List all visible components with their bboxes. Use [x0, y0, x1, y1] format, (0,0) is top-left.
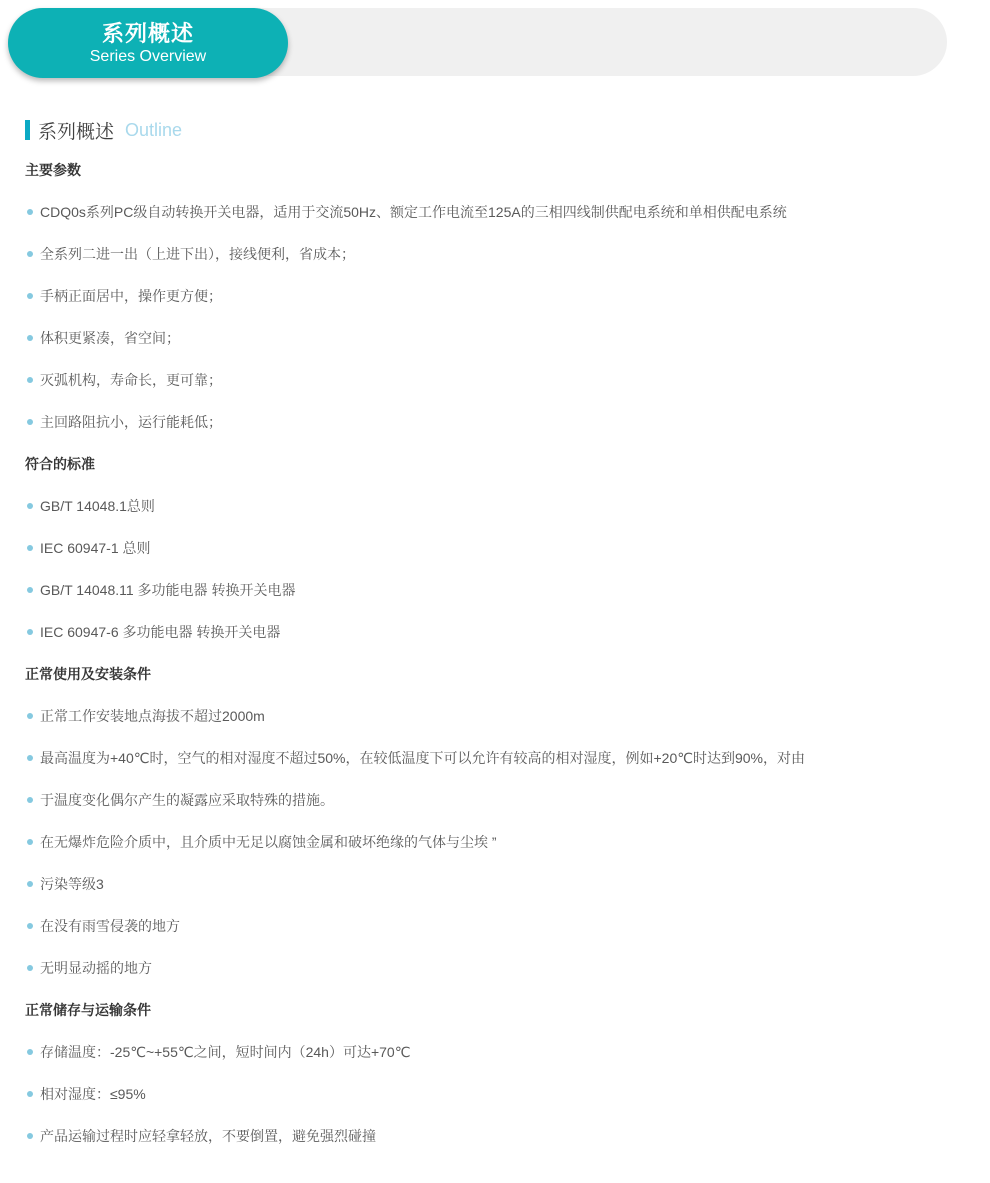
series-overview-tab-title-zh: 系列概述: [102, 21, 194, 47]
list-item: 于温度变化偶尔产生的凝露应采取特殊的措施。: [25, 779, 990, 821]
bullet-dot-icon: [27, 965, 33, 971]
section-heading: 正常储存与运输条件: [25, 989, 990, 1031]
list-item-text: 最高温度为+40℃时，空气的相对湿度不超过50%，在较低温度下可以允许有较高的相…: [40, 748, 805, 768]
list-item: 相对湿度：≤95%: [25, 1073, 990, 1115]
list-item: 手柄正面居中，操作更方便；: [25, 275, 990, 317]
list-item-text: 正常工作安装地点海拔不超过2000m: [40, 706, 265, 726]
list-item: 存储温度：-25℃~+55℃之间，短时间内（24h）可达+70℃: [25, 1031, 990, 1073]
list-item: GB/T 14048.11 多功能电器 转换开关电器: [25, 569, 990, 611]
list-item-text: CDQ0s系列PC级自动转换开关电器，适用于交流50Hz、额定工作电流至125A…: [40, 202, 787, 222]
list-item-text: 相对湿度：≤95%: [40, 1084, 146, 1104]
accent-bar-icon: [25, 120, 30, 140]
list-item-text: 于温度变化偶尔产生的凝露应采取特殊的措施。: [40, 790, 334, 810]
list-item: GB/T 14048.1总则: [25, 485, 990, 527]
section: 正常使用及安装条件正常工作安装地点海拔不超过2000m最高温度为+40℃时，空气…: [25, 653, 990, 989]
list-item: 污染等级3: [25, 863, 990, 905]
list-item-text: IEC 60947-1 总则: [40, 538, 151, 558]
list-item: IEC 60947-1 总则: [25, 527, 990, 569]
bullet-dot-icon: [27, 419, 33, 425]
list-item: CDQ0s系列PC级自动转换开关电器，适用于交流50Hz、额定工作电流至125A…: [25, 191, 990, 233]
bullet-dot-icon: [27, 923, 33, 929]
list-item-text: 在没有雨雪侵袭的地方: [40, 916, 180, 936]
bullet-dot-icon: [27, 1091, 33, 1097]
bullet-dot-icon: [27, 1049, 33, 1055]
bullet-dot-icon: [27, 881, 33, 887]
list-item-text: 全系列二进一出（上进下出），接线便利，省成本；: [40, 244, 355, 264]
list-item-text: 灭弧机构，寿命长，更可靠；: [40, 370, 222, 390]
list-item-text: IEC 60947-6 多功能电器 转换开关电器: [40, 622, 280, 642]
list-item: 产品运输过程时应轻拿轻放，不要倒置，避免强烈碰撞: [25, 1115, 990, 1157]
list-item: 正常工作安装地点海拔不超过2000m: [25, 695, 990, 737]
section: 主要参数CDQ0s系列PC级自动转换开关电器，适用于交流50Hz、额定工作电流至…: [25, 149, 990, 443]
section: 符合的标准GB/T 14048.1总则IEC 60947-1 总则GB/T 14…: [25, 443, 990, 653]
list-item: 主回路阻抗小，运行能耗低；: [25, 401, 990, 443]
list-item: 灭弧机构，寿命长，更可靠；: [25, 359, 990, 401]
list-item: 最高温度为+40℃时，空气的相对湿度不超过50%，在较低温度下可以允许有较高的相…: [25, 737, 990, 779]
bullet-dot-icon: [27, 587, 33, 593]
list-item-text: 产品运输过程时应轻拿轻放，不要倒置，避免强烈碰撞: [40, 1126, 376, 1146]
list-item-text: 手柄正面居中，操作更方便；: [40, 286, 222, 306]
bullet-dot-icon: [27, 335, 33, 341]
list-item: IEC 60947-6 多功能电器 转换开关电器: [25, 611, 990, 653]
section-heading: 正常使用及安装条件: [25, 653, 990, 695]
bullet-dot-icon: [27, 377, 33, 383]
outline-heading-en: Outline: [125, 120, 182, 141]
bullet-dot-icon: [27, 629, 33, 635]
series-overview-tab-title-en: Series Overview: [90, 47, 206, 66]
section-heading: 主要参数: [25, 149, 990, 191]
section: 正常储存与运输条件存储温度：-25℃~+55℃之间，短时间内（24h）可达+70…: [25, 989, 990, 1157]
list-item-text: 污染等级3: [40, 874, 104, 894]
bullet-dot-icon: [27, 797, 33, 803]
bullet-dot-icon: [27, 251, 33, 257]
list-item: 在无爆炸危险介质中，且介质中无足以腐蚀金属和破坏绝缘的气体与尘埃 ”: [25, 821, 990, 863]
list-item: 无明显动摇的地方: [25, 947, 990, 989]
list-item-text: 体积更紧凑，省空间；: [40, 328, 180, 348]
bullet-dot-icon: [27, 209, 33, 215]
list-item: 全系列二进一出（上进下出），接线便利，省成本；: [25, 233, 990, 275]
list-item-text: GB/T 14048.1总则: [40, 496, 155, 516]
bullet-dot-icon: [27, 503, 33, 509]
bullet-dot-icon: [27, 545, 33, 551]
outline-heading-zh: 系列概述: [38, 117, 114, 144]
series-overview-tab[interactable]: 系列概述 Series Overview: [8, 8, 288, 78]
bullet-dot-icon: [27, 839, 33, 845]
main-content: 系列概述 Outline 主要参数CDQ0s系列PC级自动转换开关电器，适用于交…: [0, 116, 990, 1157]
page-header-banner: 系列概述 Series Overview: [8, 8, 947, 78]
bullet-dot-icon: [27, 1133, 33, 1139]
section-heading: 符合的标准: [25, 443, 990, 485]
bullet-dot-icon: [27, 755, 33, 761]
bullet-dot-icon: [27, 713, 33, 719]
sections: 主要参数CDQ0s系列PC级自动转换开关电器，适用于交流50Hz、额定工作电流至…: [25, 149, 990, 1157]
list-item-text: 无明显动摇的地方: [40, 958, 152, 978]
list-item: 在没有雨雪侵袭的地方: [25, 905, 990, 947]
list-item-text: 存储温度：-25℃~+55℃之间，短时间内（24h）可达+70℃: [40, 1042, 410, 1062]
outline-heading: 系列概述 Outline: [25, 116, 990, 144]
list-item-text: GB/T 14048.11 多功能电器 转换开关电器: [40, 580, 295, 600]
list-item-text: 在无爆炸危险介质中，且介质中无足以腐蚀金属和破坏绝缘的气体与尘埃 ”: [40, 832, 497, 852]
list-item-text: 主回路阻抗小，运行能耗低；: [40, 412, 222, 432]
bullet-dot-icon: [27, 293, 33, 299]
list-item: 体积更紧凑，省空间；: [25, 317, 990, 359]
